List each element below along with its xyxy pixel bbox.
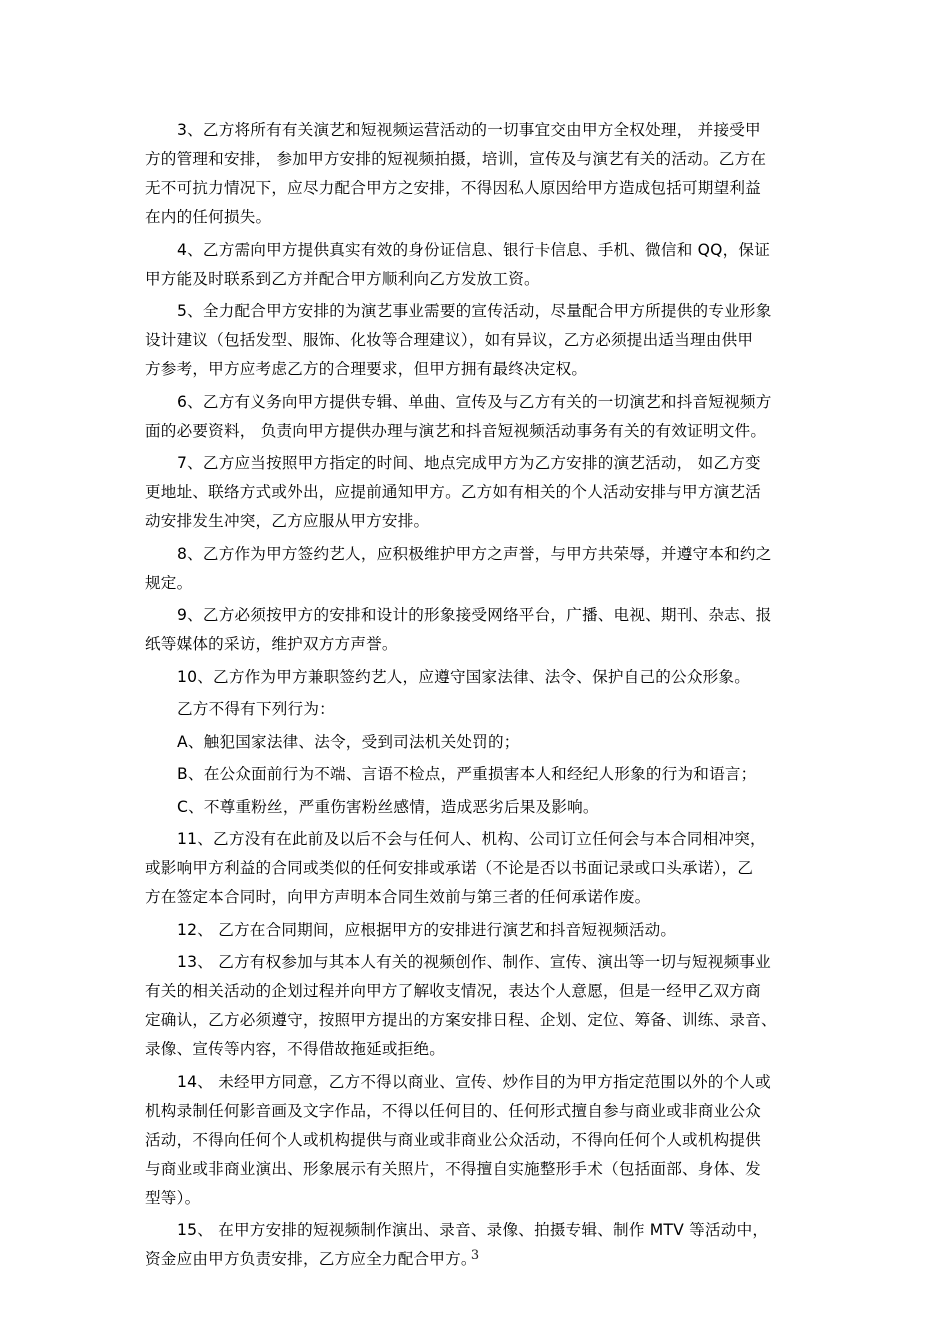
text-line: 11、乙方没有在此前及以后不会与任何人、机构、公司订立任何会与本合同相冲突，	[145, 825, 810, 854]
text-line: 机构录制任何影音画及文字作品，不得以任何目的、任何形式擅自参与商业或非商业公众	[145, 1097, 810, 1126]
text-line: 5、全力配合甲方安排的为演艺事业需要的宣传活动，尽量配合甲方所提供的专业形象	[145, 297, 810, 326]
text-line: 活动，不得向任何个人或机构提供与商业或非商业公众活动，不得向任何个人或机构提供	[145, 1126, 810, 1155]
text-line: 10、乙方作为甲方兼职签约艺人，应遵守国家法律、法令、保护自己的公众形象。	[145, 663, 810, 692]
text-line: 纸等媒体的采访，维护双方方声誉。	[145, 630, 810, 659]
text-line: 方参考，甲方应考虑乙方的合理要求，但甲方拥有最终决定权。	[145, 355, 810, 384]
text-line: 13、 乙方有权参加与其本人有关的视频创作、制作、宣传、演出等一切与短视频事业	[145, 948, 810, 977]
clause-10-intro: 乙方不得有下列行为：	[145, 695, 810, 724]
clause-3: 3、乙方将所有有关演艺和短视频运营活动的一切事宜交由甲方全权处理， 并接受甲 方…	[145, 116, 810, 232]
text-line: 与商业或非商业演出、形象展示有关照片，不得擅自实施整形手术（包括面部、身体、发	[145, 1155, 810, 1184]
clause-8: 8、乙方作为甲方签约艺人，应积极维护甲方之声誉，与甲方共荣辱，并遵守本和约之 规…	[145, 540, 810, 598]
clause-11: 11、乙方没有在此前及以后不会与任何人、机构、公司订立任何会与本合同相冲突， 或…	[145, 825, 810, 912]
clause-10-item-c: C、不尊重粉丝，严重伤害粉丝感情，造成恶劣后果及影响。	[145, 793, 810, 822]
text-line: 12、 乙方在合同期间，应根据甲方的安排进行演艺和抖音短视频活动。	[145, 916, 810, 945]
text-line: 8、乙方作为甲方签约艺人，应积极维护甲方之声誉，与甲方共荣辱，并遵守本和约之	[145, 540, 810, 569]
text-line: 规定。	[145, 569, 810, 598]
text-line: 15、 在甲方安排的短视频制作演出、录音、录像、拍摄专辑、制作 MTV 等活动中…	[145, 1216, 810, 1245]
clause-12: 12、 乙方在合同期间，应根据甲方的安排进行演艺和抖音短视频活动。	[145, 916, 810, 945]
text-line: 7、乙方应当按照甲方指定的时间、地点完成甲方为乙方安排的演艺活动， 如乙方变	[145, 449, 810, 478]
text-line: B、在公众面前行为不端、言语不检点，严重损害本人和经纪人形象的行为和语言；	[145, 760, 810, 789]
text-line: 面的必要资料， 负责向甲方提供办理与演艺和抖音短视频活动事务有关的有效证明文件。	[145, 417, 810, 446]
clause-10-item-b: B、在公众面前行为不端、言语不检点，严重损害本人和经纪人形象的行为和语言；	[145, 760, 810, 789]
text-line: 定确认，乙方必须遵守，按照甲方提出的方案安排日程、企划、定位、筹备、训练、录音、	[145, 1006, 810, 1035]
text-line: 3、乙方将所有有关演艺和短视频运营活动的一切事宜交由甲方全权处理， 并接受甲	[145, 116, 810, 145]
document-body: 3、乙方将所有有关演艺和短视频运营活动的一切事宜交由甲方全权处理， 并接受甲 方…	[145, 116, 810, 1278]
clause-9: 9、乙方必须按甲方的安排和设计的形象接受网络平台，广播、电视、期刊、杂志、报 纸…	[145, 601, 810, 659]
text-line: 动安排发生冲突，乙方应服从甲方安排。	[145, 507, 810, 536]
clause-7: 7、乙方应当按照甲方指定的时间、地点完成甲方为乙方安排的演艺活动， 如乙方变 更…	[145, 449, 810, 536]
clause-6: 6、乙方有义务向甲方提供专辑、单曲、宣传及与乙方有关的一切演艺和抖音短视频方 面…	[145, 388, 810, 446]
text-line: 甲方能及时联系到乙方并配合甲方顺利向乙方发放工资。	[145, 265, 810, 294]
text-line: 无不可抗力情况下，应尽力配合甲方之安排，不得因私人原因给甲方造成包括可期望利益	[145, 174, 810, 203]
text-line: 4、乙方需向甲方提供真实有效的身份证信息、银行卡信息、手机、微信和 QQ，保证	[145, 236, 810, 265]
text-line: 录像、宣传等内容，不得借故拖延或拒绝。	[145, 1035, 810, 1064]
text-line: 6、乙方有义务向甲方提供专辑、单曲、宣传及与乙方有关的一切演艺和抖音短视频方	[145, 388, 810, 417]
clause-15: 15、 在甲方安排的短视频制作演出、录音、录像、拍摄专辑、制作 MTV 等活动中…	[145, 1216, 810, 1274]
text-line: 在内的任何损失。	[145, 203, 810, 232]
clause-10-item-a: A、触犯国家法律、法令，受到司法机关处罚的；	[145, 728, 810, 757]
clause-13: 13、 乙方有权参加与其本人有关的视频创作、制作、宣传、演出等一切与短视频事业 …	[145, 948, 810, 1064]
clause-5: 5、全力配合甲方安排的为演艺事业需要的宣传活动，尽量配合甲方所提供的专业形象 设…	[145, 297, 810, 384]
text-line: 14、 未经甲方同意，乙方不得以商业、宣传、炒作目的为甲方指定范围以外的个人或	[145, 1068, 810, 1097]
clause-10: 10、乙方作为甲方兼职签约艺人，应遵守国家法律、法令、保护自己的公众形象。	[145, 663, 810, 692]
clause-14: 14、 未经甲方同意，乙方不得以商业、宣传、炒作目的为甲方指定范围以外的个人或 …	[145, 1068, 810, 1213]
text-line: C、不尊重粉丝，严重伤害粉丝感情，造成恶劣后果及影响。	[145, 793, 810, 822]
page-number: 3	[0, 1248, 950, 1263]
text-line: 有关的相关活动的企划过程并向甲方了解收支情况，表达个人意愿，但是一经甲乙双方商	[145, 977, 810, 1006]
text-line: 型等）。	[145, 1184, 810, 1213]
text-line: 更地址、联络方式或外出，应提前通知甲方。乙方如有相关的个人活动安排与甲方演艺活	[145, 478, 810, 507]
text-line: 方的管理和安排， 参加甲方安排的短视频拍摄，培训，宣传及与演艺有关的活动。乙方在	[145, 145, 810, 174]
text-line: 9、乙方必须按甲方的安排和设计的形象接受网络平台，广播、电视、期刊、杂志、报	[145, 601, 810, 630]
clause-4: 4、乙方需向甲方提供真实有效的身份证信息、银行卡信息、手机、微信和 QQ，保证 …	[145, 236, 810, 294]
text-line: 乙方不得有下列行为：	[145, 695, 810, 724]
text-line: A、触犯国家法律、法令，受到司法机关处罚的；	[145, 728, 810, 757]
text-line: 方在签定本合同时，向甲方声明本合同生效前与第三者的任何承诺作废。	[145, 883, 810, 912]
text-line: 或影响甲方利益的合同或类似的任何安排或承诺（不论是否以书面记录或口头承诺），乙	[145, 854, 810, 883]
text-line: 设计建议（包括发型、服饰、化妆等合理建议），如有异议，乙方必须提出适当理由供甲	[145, 326, 810, 355]
document-page: 3、乙方将所有有关演艺和短视频运营活动的一切事宜交由甲方全权处理， 并接受甲 方…	[0, 0, 950, 1344]
